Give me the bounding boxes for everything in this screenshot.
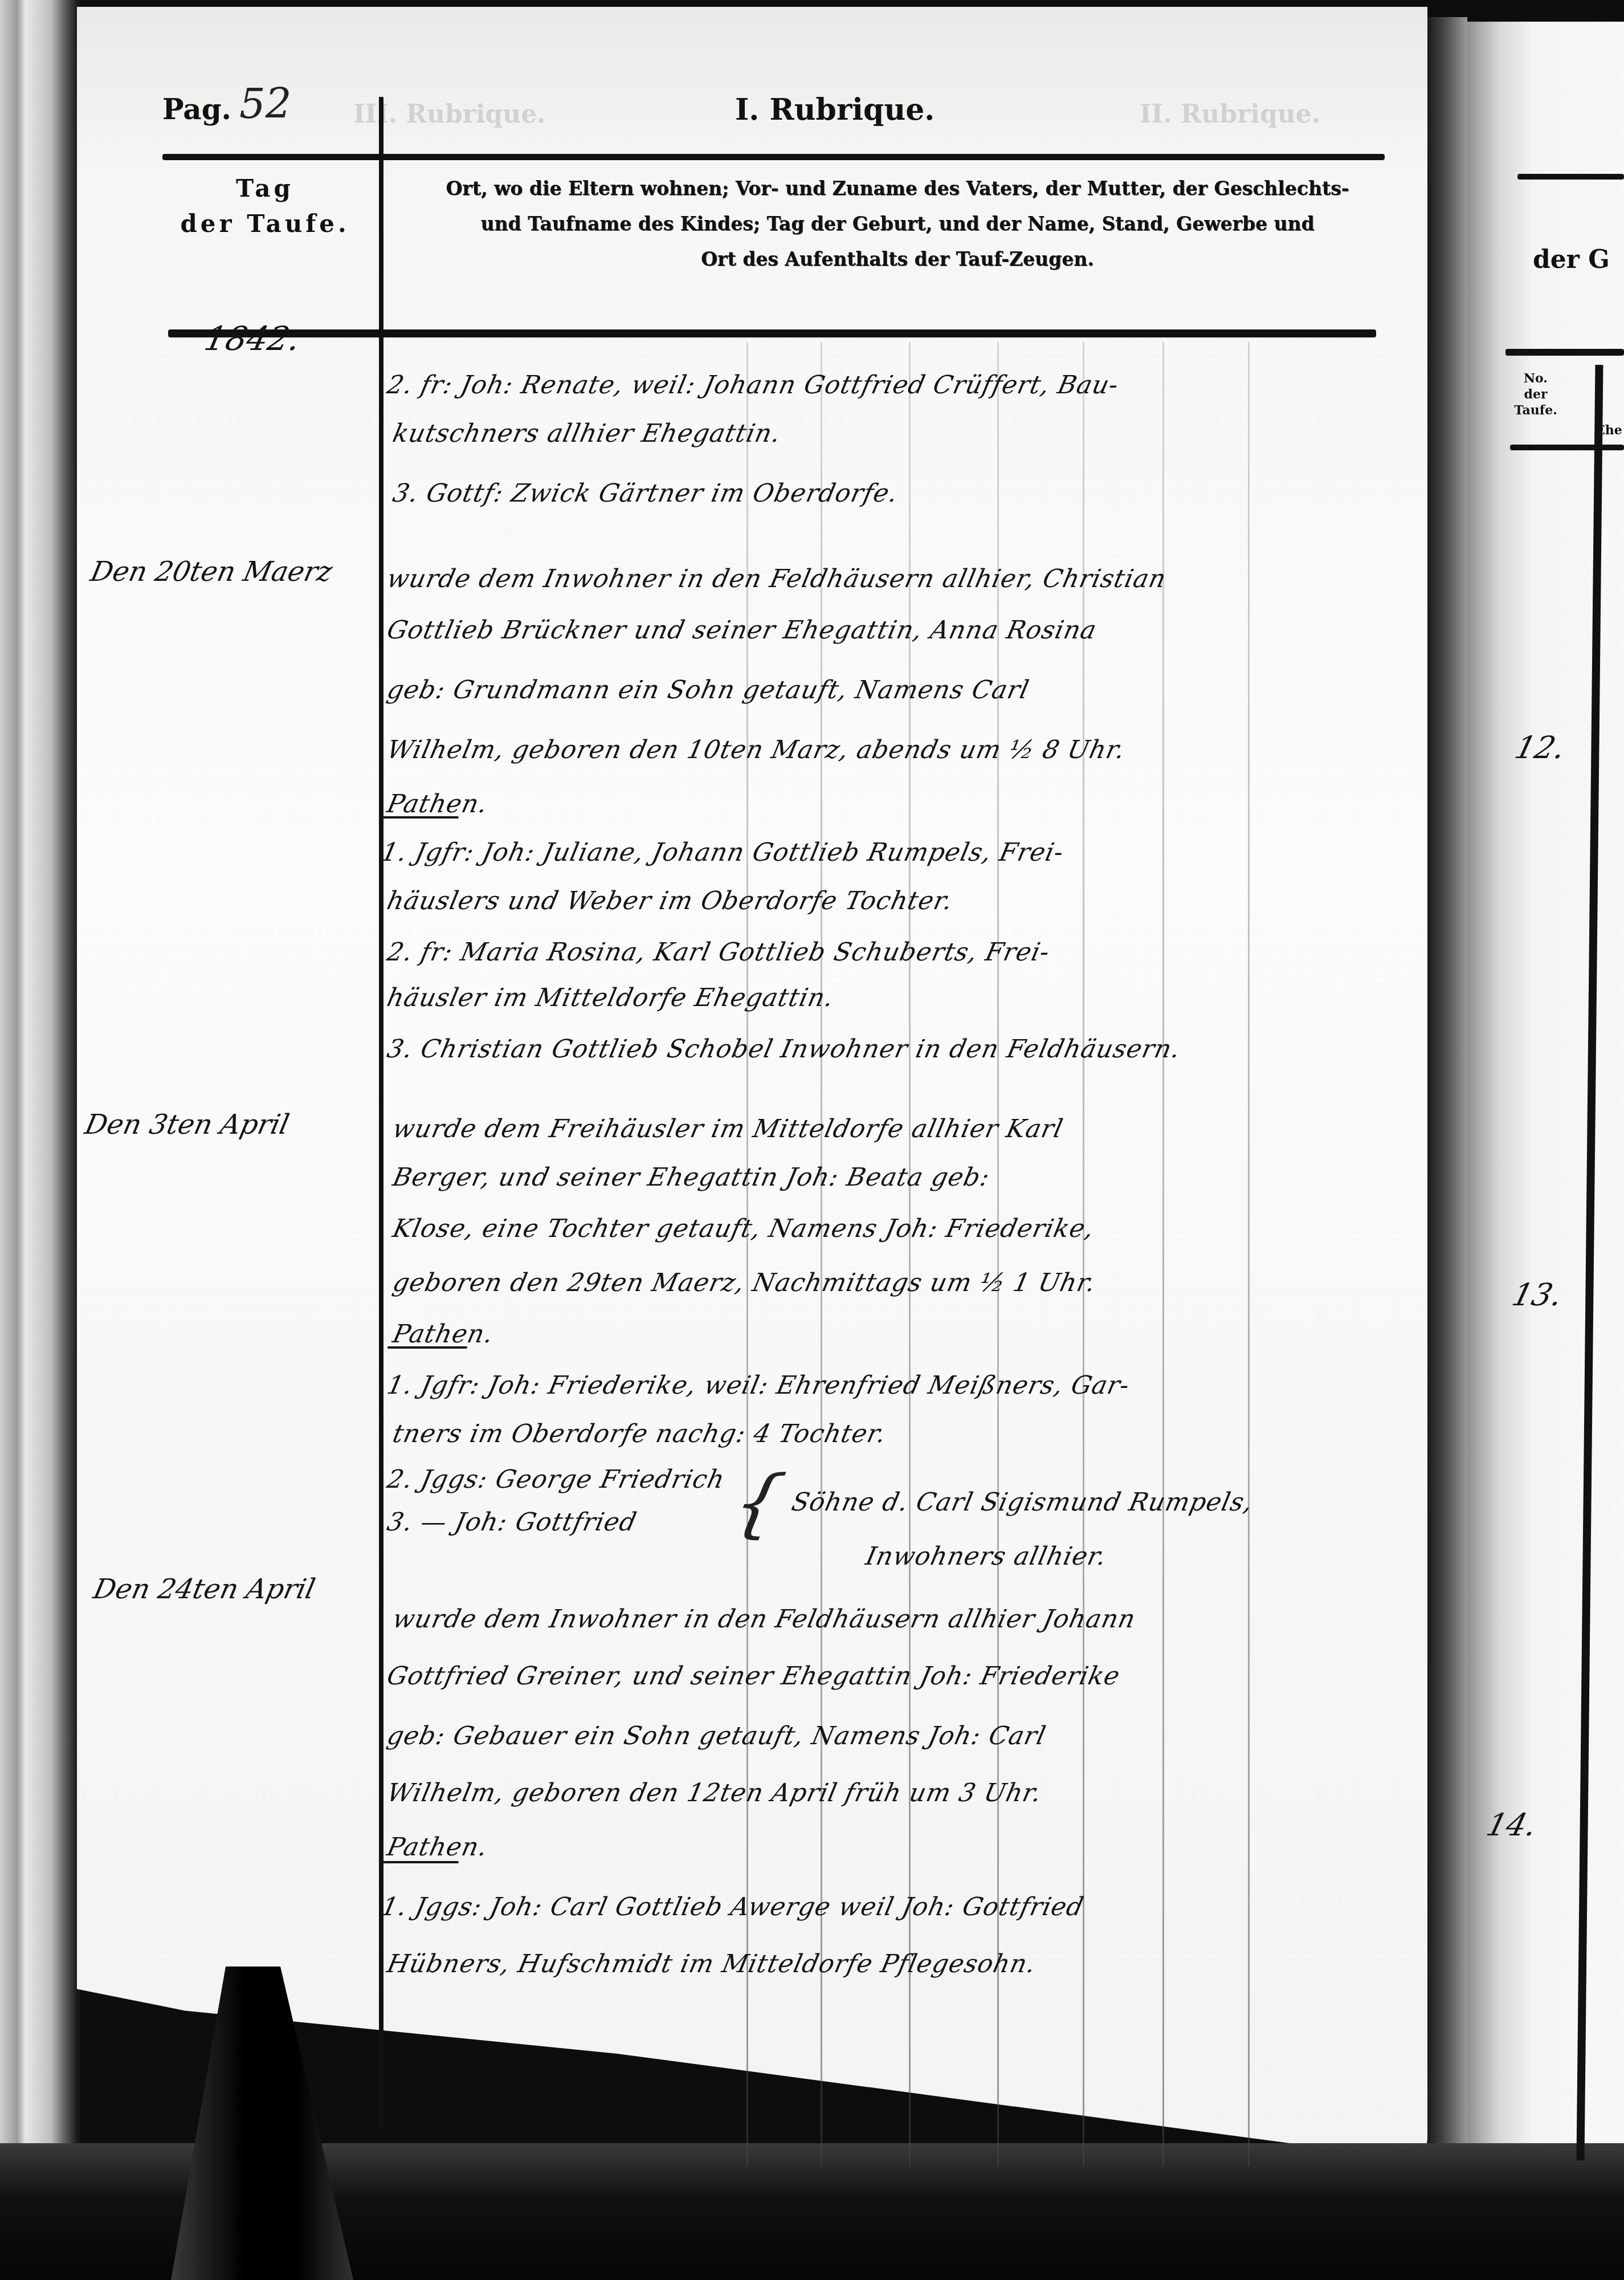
continuation-line: 2. fr: Joh: Renate, weil: Johann Gottfri… — [385, 370, 1121, 400]
entry-line: Klose, eine Tochter getauft, Namens Joh:… — [390, 1214, 1097, 1243]
ruled-line — [1248, 342, 1250, 2166]
sponsor-line: 2. fr: Maria Rosina, Karl Gottlieb Schub… — [385, 938, 1052, 967]
entry-line: Wilhelm, geboren den 12ten April früh um… — [385, 1778, 1044, 1807]
header-line: No. — [1510, 370, 1561, 386]
adjacent-rule — [1505, 349, 1624, 356]
continuation-line: kutschners allhier Ehegattin. — [390, 419, 784, 448]
page-label: Pag. — [162, 92, 231, 126]
entry-number: 13. — [1508, 1277, 1566, 1313]
previous-page-edge — [0, 0, 80, 2166]
main-column-header: Ort, wo die Eltern wohnen; Vor- und Zuna… — [399, 171, 1396, 277]
sponsor-line: 3. Christian Gottlieb Schobel Inwohner i… — [385, 1035, 1184, 1064]
sponsor-line: 1. Jggs: Joh: Carl Gottlieb Awerge weil … — [379, 1892, 1087, 1921]
header-line: Tag — [171, 171, 359, 206]
entry-number: 14. — [1483, 1807, 1541, 1843]
entry-line: Gottlieb Brückner und seiner Ehegattin, … — [385, 616, 1100, 645]
entry-line: Berger, und seiner Ehegattin Joh: Beata … — [390, 1163, 993, 1192]
sponsors-underline — [379, 816, 459, 819]
sponsors-underline — [379, 1861, 459, 1863]
bracket-note: Söhne d. Carl Sigismund Rumpels, — [789, 1488, 1256, 1517]
entry-line: wurde dem Inwohner in den Feldhäusern al… — [390, 1605, 1139, 1634]
header-rule-bottom — [168, 329, 1376, 337]
column-divider — [379, 97, 383, 2126]
entry-line: wurde dem Freihäusler im Mitteldorfe all… — [390, 1114, 1066, 1143]
header-line: Ort des Aufenthalts der Tauf-Zeugen. — [399, 242, 1396, 277]
adjacent-header-fragment: der G — [1533, 245, 1610, 274]
sponsors-label: Pathen. — [385, 1833, 491, 1862]
entry-line: geb: Gebauer ein Sohn getauft, Namens Jo… — [385, 1721, 1049, 1750]
entry-date: Den 20ten Maerz — [88, 556, 335, 588]
entry-line: wurde dem Inwohner in den Feldhäusern al… — [385, 564, 1169, 593]
entry-line: geb: Grundmann ein Sohn getauft, Namens … — [385, 675, 1032, 705]
sponsor-line: 1. Jgfr: Joh: Friederike, weil: Ehrenfri… — [385, 1371, 1133, 1400]
continuation-line: 3. Gottf: Zwick Gärtner im Oberdorfe. — [390, 479, 901, 508]
sponsors-label: Pathen. — [390, 1320, 496, 1349]
sponsor-line: 2. Jggs: George Friedrich — [385, 1465, 728, 1494]
header-line: Taufe. — [1510, 402, 1561, 418]
entry-line: geboren den 29ten Maerz, Nachmittags um … — [390, 1268, 1099, 1297]
sponsor-line: 3. — Joh: Gottfried — [385, 1508, 640, 1537]
bracket-note: Inwohners allhier. — [863, 1542, 1109, 1571]
header-line: der Taufe. — [171, 206, 359, 242]
sponsors-label: Pathen. — [385, 789, 491, 819]
header-line: Ort, wo die Eltern wohnen; Vor- und Zuna… — [399, 171, 1396, 206]
ghost-title: II. Rubrique. — [1140, 100, 1320, 129]
section-title: I. Rubrique. — [735, 92, 935, 127]
header-rule-top — [162, 154, 1385, 160]
header-line: der — [1510, 386, 1561, 402]
sponsor-line: tners im Oberdorfe nachg: 4 Tochter. — [390, 1419, 889, 1448]
page-number: 52 — [239, 80, 292, 128]
header-line: und Taufname des Kindes; Tag der Geburt,… — [399, 206, 1396, 242]
sponsors-underline — [387, 1346, 467, 1349]
ruled-line — [1162, 342, 1164, 2166]
sponsor-line: häusler im Mitteldorfe Ehegattin. — [385, 983, 837, 1012]
sponsor-line: häuslers und Weber im Oberdorfe Tochter. — [385, 886, 956, 915]
adjacent-rule — [1510, 445, 1624, 450]
entry-number: 12. — [1511, 730, 1569, 766]
entry-date: Den 3ten April — [82, 1109, 292, 1141]
sponsor-line: 1. Jgfr: Joh: Juliane, Johann Gottlieb R… — [379, 838, 1067, 867]
year: 1842. — [201, 319, 304, 358]
entry-line: Wilhelm, geboren den 10ten Marz, abends … — [385, 735, 1128, 764]
entry-date: Den 24ten April — [91, 1573, 318, 1605]
number-column-header: No. der Taufe. — [1510, 370, 1561, 418]
entry-line: Gottfried Greiner, und seiner Ehegattin … — [385, 1662, 1123, 1691]
date-column-header: Tag der Taufe. — [171, 171, 359, 242]
page-gutter-shadow — [1427, 17, 1467, 2172]
sponsor-line: Hübners, Hufschmidt im Mitteldorfe Pfleg… — [385, 1949, 1039, 1978]
adjacent-rule — [1517, 174, 1624, 180]
